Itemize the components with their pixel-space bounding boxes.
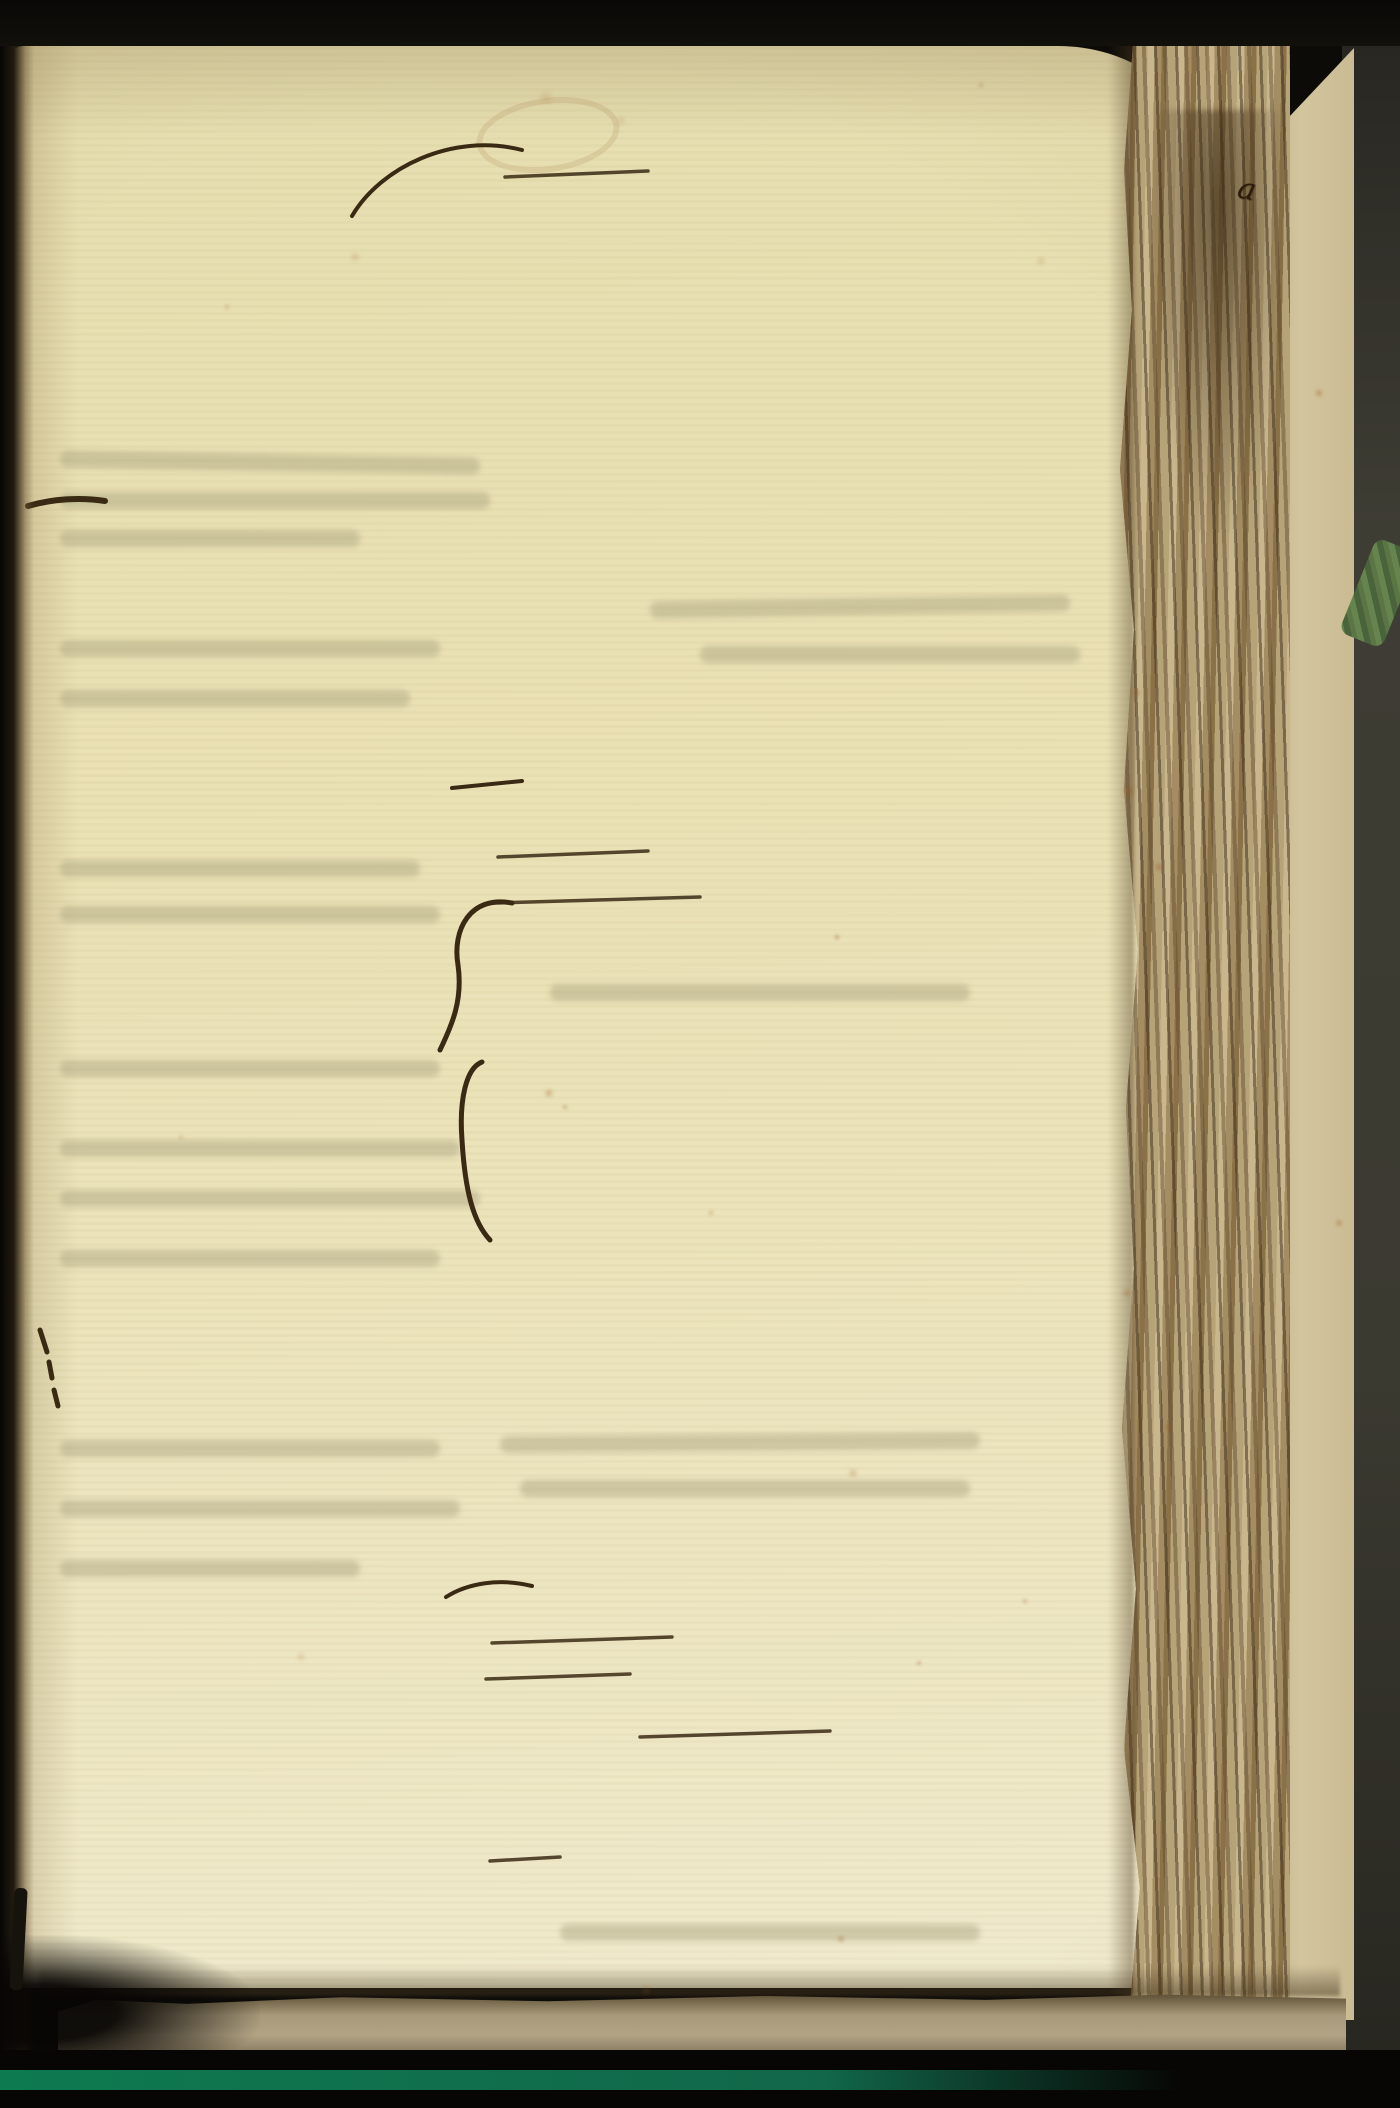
ghost-line — [700, 646, 1080, 663]
ghost-line — [60, 690, 410, 707]
ghost-line — [520, 1480, 970, 1497]
ghost-line — [550, 984, 970, 1001]
ghost-line — [60, 1190, 480, 1207]
ghost-line — [60, 1500, 460, 1517]
book-gutter — [0, 0, 34, 2108]
ghost-line — [560, 1924, 980, 1941]
manuscript-page — [8, 46, 1188, 1988]
ghost-line — [60, 1140, 460, 1157]
ghost-line — [60, 450, 480, 474]
ghost-line — [500, 1432, 980, 1453]
ghost-line — [60, 1440, 440, 1457]
ghost-line — [60, 640, 440, 657]
bottom-left-shadow — [0, 1935, 260, 2065]
page-edge-shadow — [1108, 40, 1134, 2010]
ghost-line — [60, 1560, 360, 1577]
manuscript-photo: 90 Abermaliges Anlangen VorMatthiasen Rü… — [0, 0, 1400, 2108]
ghost-line — [60, 492, 490, 509]
green-table-stripe — [0, 2070, 1180, 2090]
fore-edge-stain — [1148, 110, 1288, 550]
ghost-line — [60, 1250, 440, 1267]
ghost-line — [60, 530, 360, 547]
ghost-line — [60, 860, 420, 877]
ghost-line — [60, 1060, 440, 1077]
water-stain-ring — [472, 88, 625, 181]
ghost-line — [60, 906, 440, 923]
photo-background-top — [0, 0, 1400, 46]
ghost-line — [650, 594, 1070, 618]
